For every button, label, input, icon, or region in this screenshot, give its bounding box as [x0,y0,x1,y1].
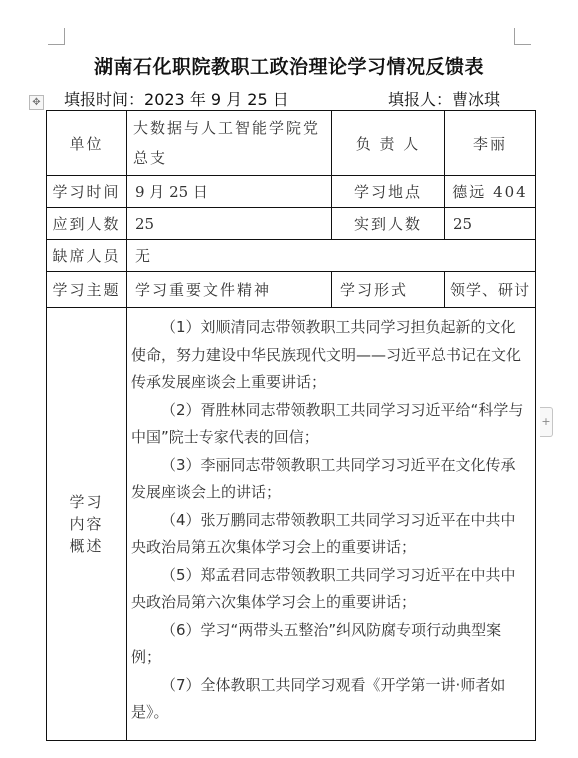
form-value[interactable]: 领学、研讨 [445,272,536,308]
fill-time: 填报时间：2023 年 9 月 25 日 [64,87,289,110]
expected-count-value[interactable]: 25 [127,208,332,240]
content-item: （2）胥胜林同志带领教职工共同学习习近平给“科学与中国”院士专家代表的回信； [131,397,529,452]
feedback-table: 单位 大数据与人工智能学院党总支 负 责 人 李丽 学习时间 9 月 25 日 … [46,110,536,741]
study-time-label: 学习时间 [47,176,127,208]
table-row: 缺席人员 无 [47,240,536,272]
unit-label: 单位 [47,111,127,176]
form-label: 学习形式 [332,272,445,308]
filler-label: 填报人： [388,90,452,109]
table-row: 学习主题 学习重要文件精神 学习形式 领学、研讨 [47,272,536,308]
filler: 填报人：曹冰琪 [388,87,500,110]
fill-time-label: 填报时间： [64,90,144,109]
leader-value[interactable]: 李丽 [445,111,536,176]
study-time-value[interactable]: 9 月 25 日 [127,176,332,208]
document-title: 湖南石化职院教职工政治理论学习情况反馈表 [0,52,578,79]
content-summary[interactable]: （1）刘顺清同志带领教职工共同学习担负起新的文化使命，努力建设中华民族现代文明—… [127,308,536,741]
expected-count-label: 应到人数 [47,208,127,240]
page-corner-mark-top-right [514,28,531,45]
content-label-line: 学习 [47,491,126,513]
content-label-line: 内容 [47,513,126,535]
study-place-value[interactable]: 德远 404 [445,176,536,208]
table-row: 应到人数 25 实到人数 25 [47,208,536,240]
study-place-label: 学习地点 [332,176,445,208]
fill-time-value: 2023 年 9 月 25 日 [144,90,289,109]
actual-count-value[interactable]: 25 [445,208,536,240]
actual-count-label: 实到人数 [332,208,445,240]
content-item: （3）李丽同志带领教职工共同学习习近平在文化传承发展座谈会上的讲话； [131,452,529,507]
topic-label: 学习主题 [47,272,127,308]
absent-label: 缺席人员 [47,240,127,272]
table-row: 学习时间 9 月 25 日 学习地点 德远 404 [47,176,536,208]
unit-value[interactable]: 大数据与人工智能学院党总支 [127,111,332,176]
table-row: 学习 内容 概述 （1）刘顺清同志带领教职工共同学习担负起新的文化使命，努力建设… [47,308,536,741]
content-item: （4）张万鹏同志带领教职工共同学习习近平在中共中央政治局第五次集体学习会上的重要… [131,507,529,562]
filler-value: 曹冰琪 [452,90,500,109]
content-item: （7）全体教职工共同学习观看《开学第一讲·师者如是》。 [131,672,529,727]
topic-value[interactable]: 学习重要文件精神 [127,272,332,308]
content-item: （5）郑孟君同志带领教职工共同学习习近平在中共中央政治局第六次集体学习会上的重要… [131,562,529,617]
leader-label: 负 责 人 [332,111,445,176]
content-summary-label: 学习 内容 概述 [47,308,127,741]
table-move-handle-icon[interactable]: ✥ [29,95,44,110]
content-item: （6）学习“两带头五整治”纠风防腐专项行动典型案例； [131,617,529,672]
content-item: （1）刘顺清同志带领教职工共同学习担负起新的文化使命，努力建设中华民族现代文明—… [131,314,529,397]
add-column-handle-icon[interactable]: + [540,407,553,437]
content-label-line: 概述 [47,535,126,557]
table-row: 单位 大数据与人工智能学院党总支 负 责 人 李丽 [47,111,536,176]
absent-value[interactable]: 无 [127,240,536,272]
page-corner-mark-top-left [48,28,65,45]
